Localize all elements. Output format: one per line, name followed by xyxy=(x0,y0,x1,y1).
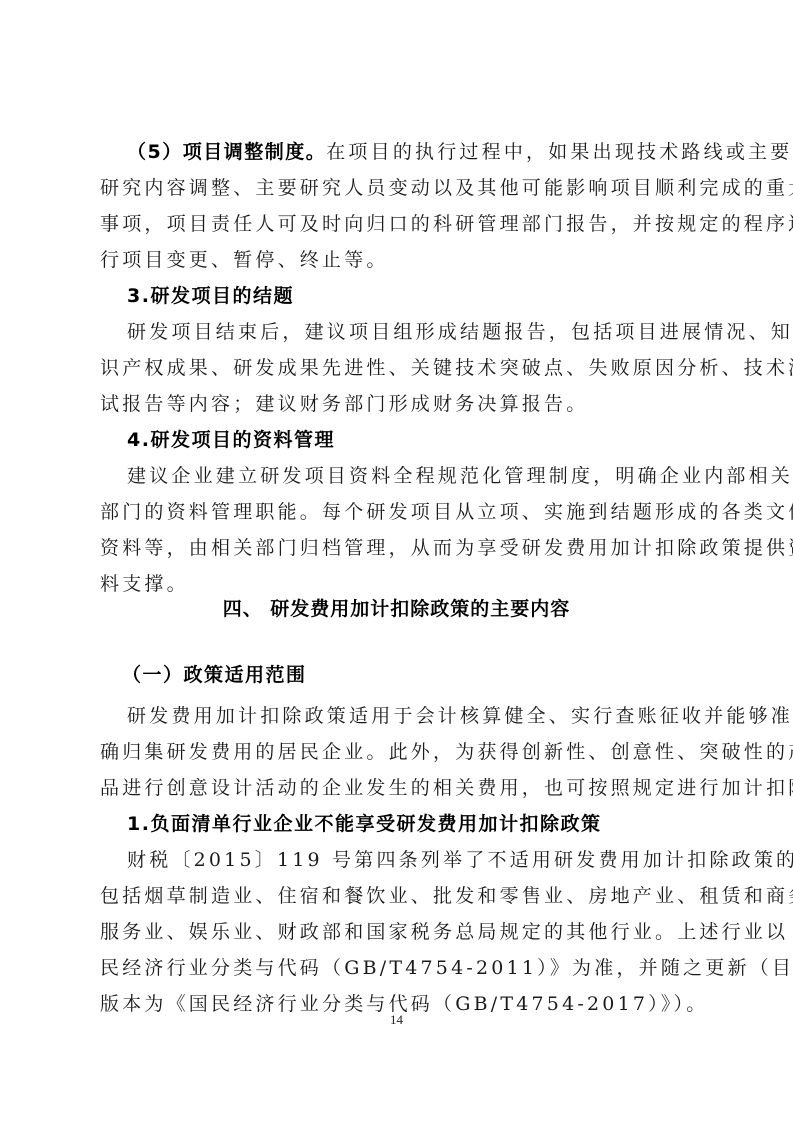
paragraph-line: 服务业、娱乐业、财政部和国家税务总局规定的其他行业。上述行业以《国 xyxy=(100,920,698,944)
paragraph-line: 品进行创意设计活动的企业发生的相关费用，也可按照规定进行加计扣除。 xyxy=(100,776,698,800)
paragraph-line: 行项目变更、暂停、终止等。 xyxy=(100,248,698,272)
paragraph-line: 研发项目结束后，建议项目组形成结题报告，包括项目进展情况、知 xyxy=(127,320,698,344)
paragraph-line: 包括烟草制造业、住宿和餐饮业、批发和零售业、房地产业、租赁和商务 xyxy=(100,884,698,908)
paragraph-line: 民经济行业分类与代码（GB/T4754-2011）》为准，并随之更新（目前最新 xyxy=(100,956,698,980)
inline-bold-heading: （5）项目调整制度。 xyxy=(127,141,326,163)
paragraph-line: 资料等，由相关部门归档管理，从而为享受研发费用加计扣除政策提供资 xyxy=(100,536,698,560)
document-page: （5）项目调整制度。在项目的执行过程中，如果出现技术路线或主要 研究内容调整、主… xyxy=(0,0,793,1122)
subsection-heading: 1.负面清单行业企业不能享受研发费用加计扣除政策 xyxy=(127,812,698,836)
paragraph-line: 建议企业建立研发项目资料全程规范化管理制度，明确企业内部相关 xyxy=(127,464,698,488)
part-heading: （一）政策适用范围 xyxy=(122,663,720,687)
paragraph-text: 在项目的执行过程中，如果出现技术路线或主要 xyxy=(326,141,792,163)
paragraph-line: 识产权成果、研发成果先进性、关键技术突破点、失败原因分析、技术测 xyxy=(100,356,698,380)
paragraph-line: 研究内容调整、主要研究人员变动以及其他可能影响项目顺利完成的重大 xyxy=(100,176,698,200)
subsection-heading: 4.研发项目的资料管理 xyxy=(127,428,698,452)
paragraph-line: 试报告等内容；建议财务部门形成财务决算报告。 xyxy=(100,392,698,416)
paragraph-line: 研发费用加计扣除政策适用于会计核算健全、实行查账征收并能够准 xyxy=(127,704,698,728)
subsection-heading: 3.研发项目的结题 xyxy=(127,284,698,308)
paragraph-line: 料支撑。 xyxy=(100,572,698,596)
paragraph-line: 财税〔2015〕119 号第四条列举了不适用研发费用加计扣除政策的行业， xyxy=(127,848,698,872)
chapter-heading: 四、 研发费用加计扣除政策的主要内容 xyxy=(0,597,793,621)
paragraph-line: 部门的资料管理职能。每个研发项目从立项、实施到结题形成的各类文件、 xyxy=(100,500,698,524)
paragraph-line: 事项，项目责任人可及时向归口的科研管理部门报告，并按规定的程序进 xyxy=(100,212,698,236)
page-number: 14 xyxy=(0,1012,793,1028)
paragraph-line: （5）项目调整制度。在项目的执行过程中，如果出现技术路线或主要 xyxy=(127,140,698,164)
paragraph-line: 确归集研发费用的居民企业。此外，为获得创新性、创意性、突破性的产 xyxy=(100,740,698,764)
